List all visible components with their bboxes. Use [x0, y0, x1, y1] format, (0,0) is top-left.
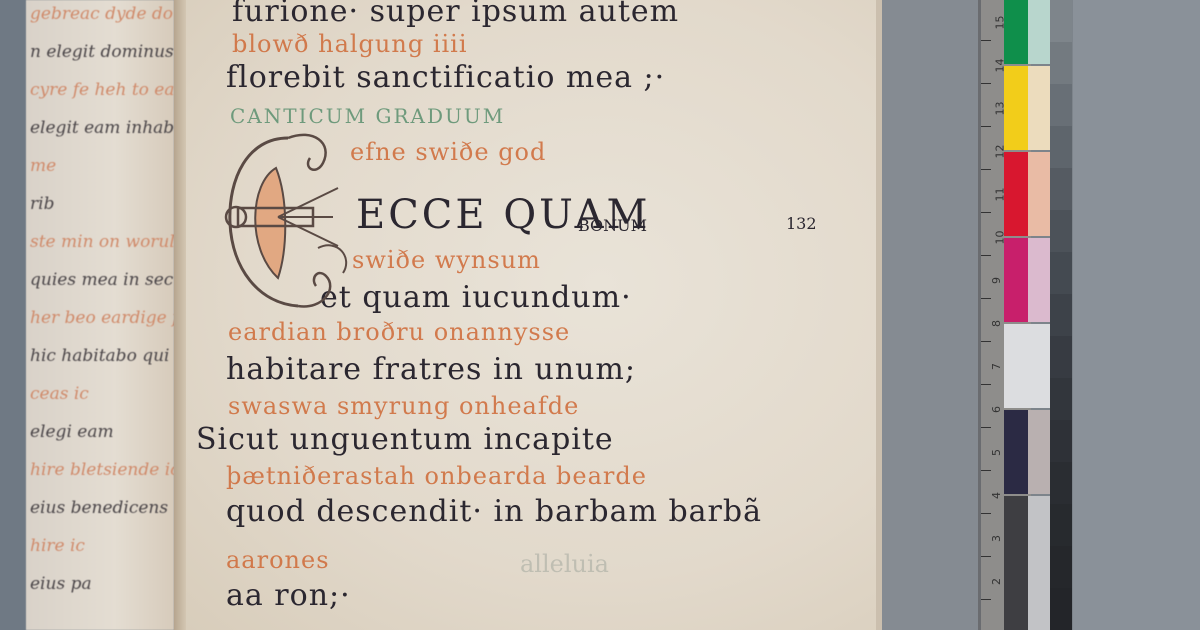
left-page-line: gebreac dyde don	[30, 4, 174, 24]
manuscript-line-small: 132	[786, 214, 817, 233]
ruler-tick	[981, 169, 991, 170]
color-patch-yellow	[1004, 66, 1028, 150]
grey-step-patch	[1050, 126, 1072, 168]
ruler-number: 5	[990, 449, 1003, 456]
ruler-tick	[981, 599, 991, 600]
color-patch-navy-tint	[1028, 410, 1050, 494]
grey-step-patch	[1050, 336, 1072, 378]
grey-step-patch	[1050, 210, 1072, 252]
manuscript-line-latin: quod descendit· in barbam barbã	[226, 494, 762, 529]
grey-step-patch	[1050, 294, 1072, 336]
background-right	[882, 0, 978, 630]
grey-step-patch	[1050, 84, 1072, 126]
ruler-tick	[981, 341, 991, 342]
ruler-tick	[981, 298, 991, 299]
manuscript-line-latin: Sicut unguentum incapite	[196, 422, 614, 457]
manuscript-line-gloss: efne swiðe god	[350, 138, 546, 166]
ruler-number: 2	[990, 578, 1003, 585]
show-through-text: alleluia	[520, 550, 609, 578]
grey-backing-card	[1073, 0, 1200, 630]
left-page-line: elegi eam	[30, 422, 114, 442]
grey-step-patch	[1050, 462, 1072, 504]
grey-step-patch	[1050, 420, 1072, 462]
manuscript-line-gloss: swaswa smyrung onheafde	[228, 392, 579, 420]
left-page-line: elegit eam inhabitatio	[30, 118, 174, 138]
manuscript-line-latin: aa ron;·	[226, 578, 351, 613]
left-page-line: ste min on worulde	[30, 232, 174, 252]
left-page-line: cyre fe heh to eardunge	[30, 80, 174, 100]
left-page-line: eius benedicens be	[30, 498, 174, 518]
left-page-line: hire ic	[30, 536, 85, 556]
grey-step-patch	[1050, 252, 1072, 294]
ruler-tick	[981, 470, 991, 471]
left-page-line: eius pa	[30, 574, 92, 594]
ruler-tick	[981, 384, 991, 385]
color-patch-magenta-tint	[1028, 238, 1050, 322]
color-patch-red	[1004, 152, 1028, 236]
grey-step-patch	[1050, 42, 1072, 84]
manuscript-line-small: BONUM	[578, 216, 647, 235]
manuscript-line-gloss: aarones	[226, 546, 330, 574]
left-page-line: quies mea in seculum	[30, 270, 174, 290]
left-page-line: rib	[30, 194, 54, 214]
color-patch-magenta	[1004, 238, 1028, 322]
ruler-tick	[981, 212, 991, 213]
manuscript-line-gloss: þætniðerastah onbearda bearde	[226, 462, 647, 490]
left-page-line: me	[30, 156, 56, 176]
ruler-tick	[981, 556, 991, 557]
manuscript-line-gloss: blowð halgung iiii	[232, 30, 468, 58]
color-patch-red-tint	[1028, 152, 1050, 236]
ruler-tick	[981, 83, 991, 84]
manuscript-line-latin: et quam iucundum·	[320, 280, 632, 315]
left-page-line: hic habitabo qui	[30, 346, 169, 366]
left-manuscript-page: gebreac dyde donn elegit dominus sioncyr…	[26, 0, 174, 630]
color-patch-green-tint	[1028, 0, 1050, 64]
grey-step-patch	[1050, 168, 1072, 210]
manuscript-line-latin: florebit sanctificatio mea ;·	[226, 60, 665, 95]
manuscript-line-latin: furione· super ipsum autem	[232, 0, 679, 29]
grey-step-patch	[1050, 504, 1072, 546]
manuscript-line-gloss: eardian broðru onannysse	[228, 318, 570, 346]
manuscript-line-latin: habitare fratres in unum;	[226, 352, 636, 387]
left-page-line: her beo eardige forþon	[30, 308, 174, 328]
ruler-tick	[981, 255, 991, 256]
color-patch-grey-tint	[1028, 496, 1050, 630]
ruler-tick	[981, 513, 991, 514]
ruler-tick	[981, 126, 991, 127]
manuscript-line-gloss: swiðe wynsum	[352, 246, 541, 274]
ruler-tick	[981, 40, 991, 41]
ruler-number: 7	[990, 363, 1003, 370]
color-patch-dark-grey	[1004, 496, 1028, 630]
color-patch-green	[1004, 0, 1028, 64]
left-page-line: n elegit dominus sion	[30, 42, 174, 62]
ruler-number: 9	[990, 277, 1003, 284]
ruler-number: 6	[990, 406, 1003, 413]
grey-step-patch	[1050, 0, 1072, 42]
ruler-number: 8	[990, 320, 1003, 327]
color-patch-dark-navy	[1004, 410, 1028, 494]
ruler-number: 4	[990, 492, 1003, 499]
manuscript-line-rubric: CANTICUM GRADUUM	[230, 104, 505, 128]
color-patch-white	[1004, 324, 1050, 408]
left-page-line: ceas ic	[30, 384, 89, 404]
grey-step-patch	[1050, 546, 1072, 588]
grey-step-patch	[1050, 588, 1072, 630]
background-left	[0, 0, 26, 630]
grey-step-patch	[1050, 378, 1072, 420]
left-page-line: hire bletsiende ic	[30, 460, 174, 480]
ruler-tick	[981, 427, 991, 428]
decorated-initial-e-icon	[218, 128, 358, 318]
color-patch-yellow-tint	[1028, 66, 1050, 150]
ruler-number: 3	[990, 535, 1003, 542]
